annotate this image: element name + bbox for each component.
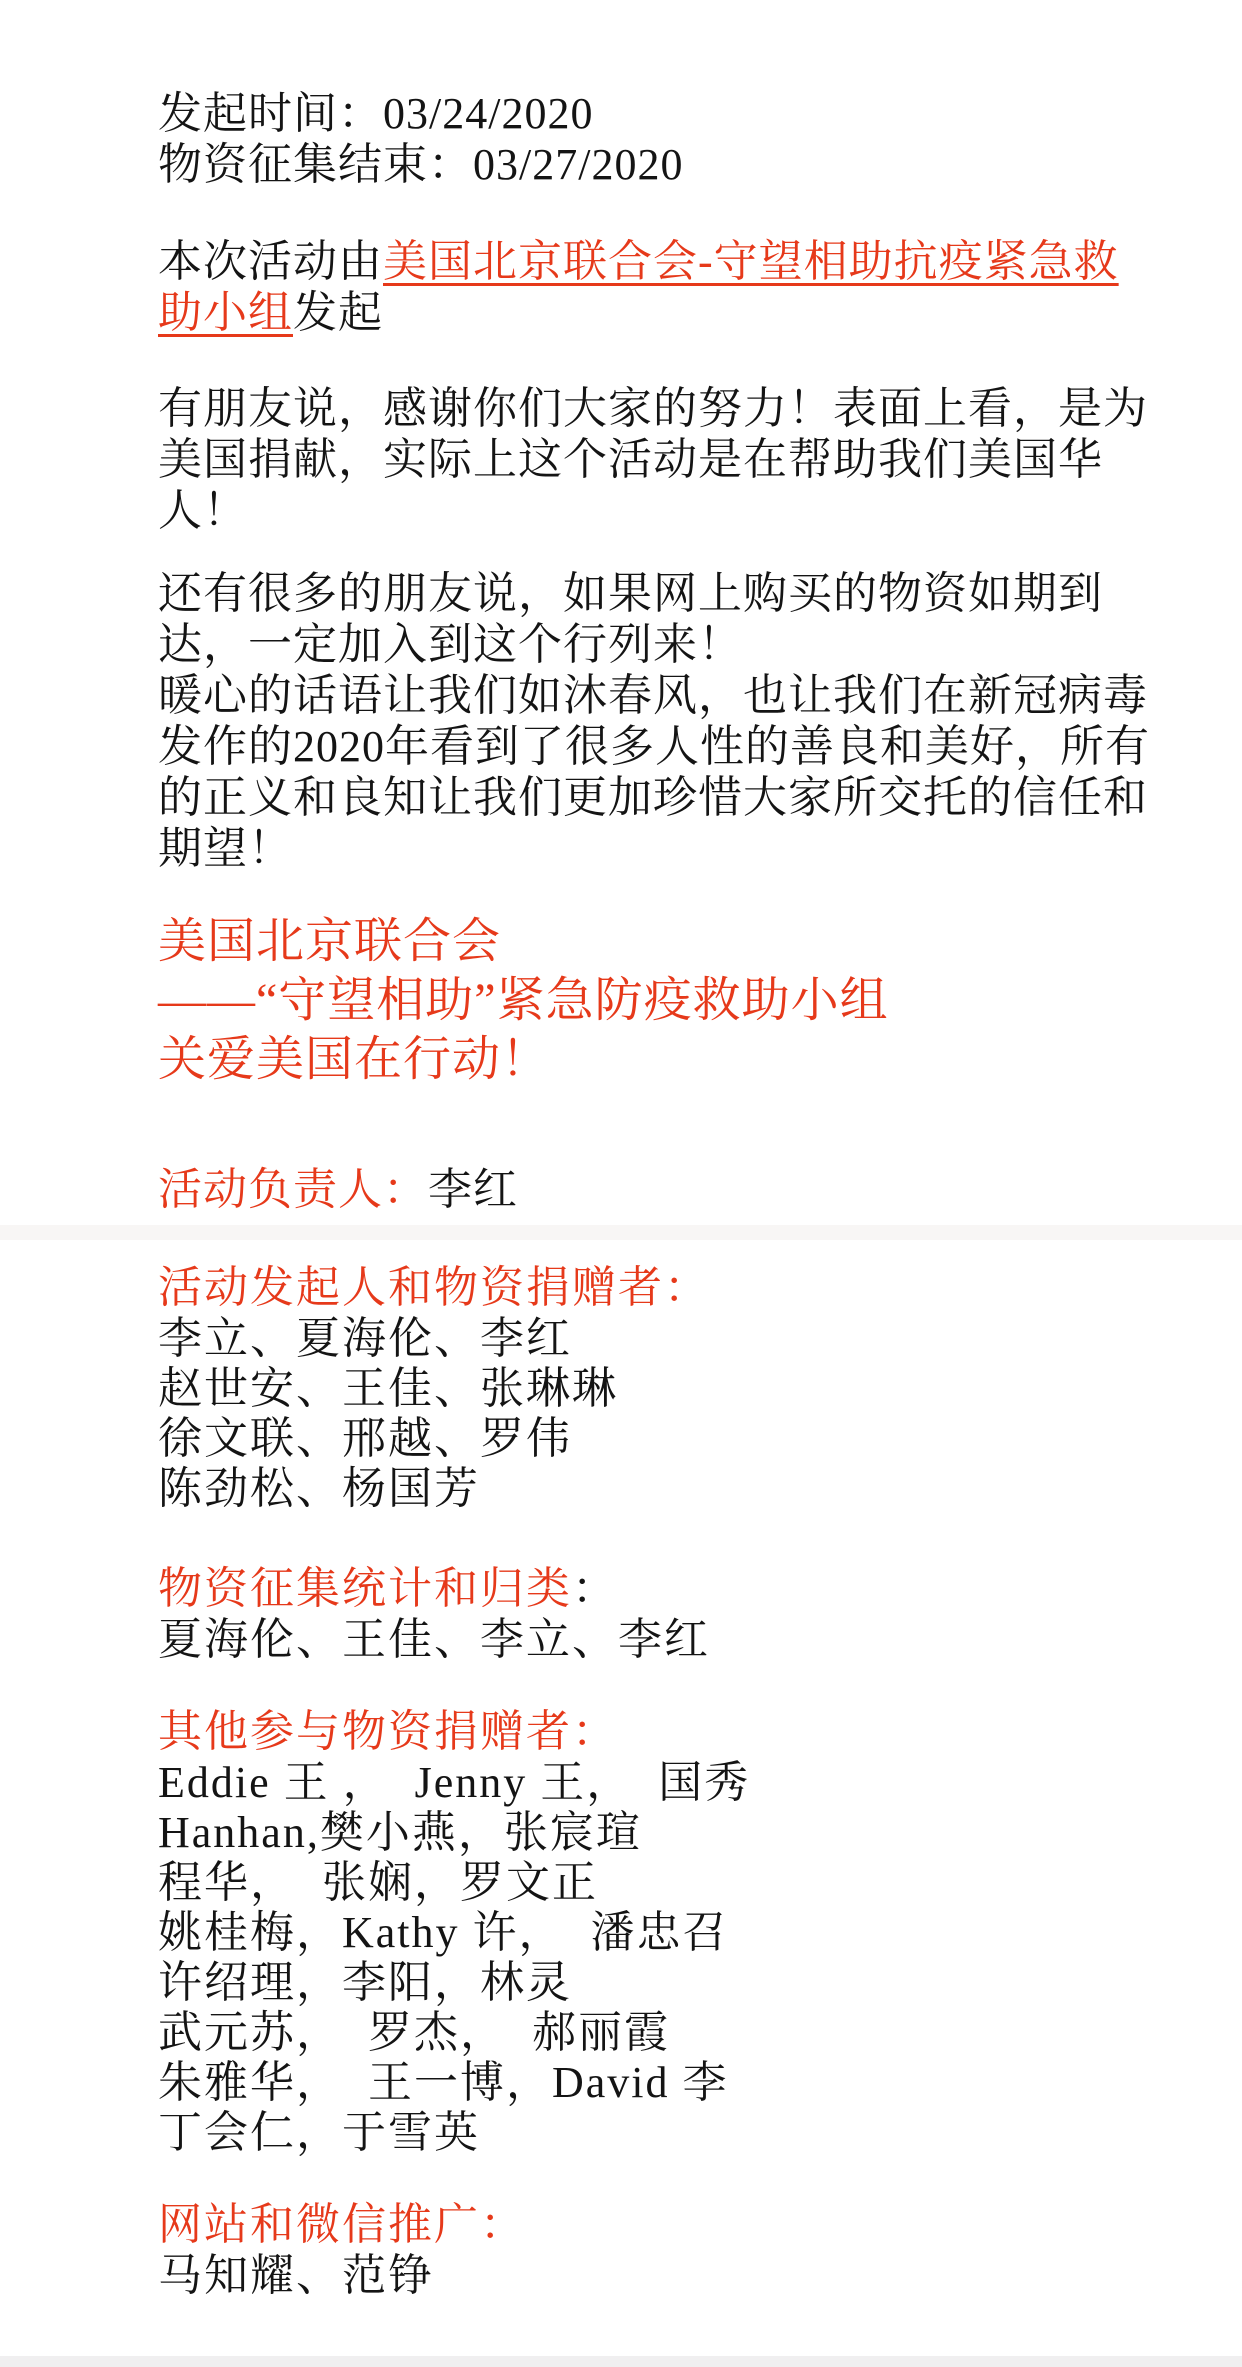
initiators-heading: 活动发起人和物资捐赠者： (158, 1261, 1192, 1314)
statistics-heading-text: 物资征集统计和归类 (158, 1564, 572, 1613)
collection-end-date: 物资征集结束：03/27/2020 (158, 139, 1192, 190)
organizer-group-link-continued[interactable]: 助小组 (158, 288, 293, 337)
banner-group-name: ——“守望相助”紧急防疫救助小组 (158, 971, 1192, 1030)
organizer-block: 本次活动由美国北京联合会-守望相助抗疫紧急救 助小组发起 (158, 236, 1192, 338)
friends-line-2: 达，一定加入到这个行列来！ (158, 619, 1192, 670)
other-donors-names-2: Hanhan,樊小燕，张宸瑄 (158, 1808, 1192, 1858)
other-donors-names-6: 武元苏， 罗杰， 郝丽霞 (158, 2008, 1192, 2058)
thanks-line-1: 有朋友说，感谢你们大家的努力！表面上看，是为 (158, 383, 1192, 434)
friends-line-6: 期望！ (158, 823, 1192, 874)
other-donors-heading: 其他参与物资捐赠者： (158, 1705, 1192, 1758)
friends-line-3: 暖心的话语让我们如沐春风，也让我们在新冠病毒 (158, 670, 1192, 721)
screenshot-stitch-seam (0, 1225, 1242, 1240)
bottom-edge-strip (0, 2356, 1242, 2367)
promotion-names-1: 马知耀、范铮 (158, 2251, 1192, 2301)
statistics-section: 物资征集统计和归类： 夏海伦、王佳、李立、李红 (158, 1562, 1192, 1665)
association-banner: 美国北京联合会 ——“守望相助”紧急防疫救助小组 关爱美国在行动！ (158, 912, 1192, 1089)
banner-slogan: 关爱美国在行动！ (158, 1030, 1192, 1089)
other-donors-names-3: 程华， 张娴，罗文正 (158, 1858, 1192, 1908)
leader-name: 李红 (428, 1165, 518, 1214)
statistics-names-1: 夏海伦、王佳、李立、李红 (158, 1615, 1192, 1665)
friends-line-1: 还有很多的朋友说，如果网上购买的物资如期到 (158, 568, 1192, 619)
other-donors-names-5: 许绍理，李阳，林灵 (158, 1958, 1192, 2008)
initiators-names-4: 陈劲松、杨国芳 (158, 1464, 1192, 1514)
leader-label: 活动负责人： (158, 1165, 428, 1214)
friends-line-4: 发作的2020年看到了很多人性的善良和美好，所有 (158, 721, 1192, 772)
other-donors-names-7: 朱雅华， 王一博，David 李 (158, 2058, 1192, 2108)
leader-block: 活动负责人：李红 (158, 1164, 1192, 1215)
event-start-date: 发起时间：03/24/2020 (158, 88, 1192, 139)
other-donors-section: 其他参与物资捐赠者： Eddie 王 ， Jenny 王， 国秀 Hanhan,… (158, 1705, 1192, 2158)
initiators-names-3: 徐文联、邢越、罗伟 (158, 1414, 1192, 1464)
document-page: 发起时间：03/24/2020 物资征集结束：03/27/2020 本次活动由美… (0, 0, 1242, 2367)
organizer-group-link[interactable]: 美国北京联合会-守望相助抗疫紧急救 (383, 237, 1119, 286)
friends-paragraph: 还有很多的朋友说，如果网上购买的物资如期到 达，一定加入到这个行列来！ 暖心的话… (158, 568, 1192, 874)
statistics-heading-colon: ： (572, 1564, 618, 1613)
organizer-line-1: 本次活动由美国北京联合会-守望相助抗疫紧急救 (158, 236, 1192, 287)
organizer-prefix: 本次活动由 (158, 237, 383, 286)
promotion-heading: 网站和微信推广： (158, 2198, 1192, 2251)
friends-line-5: 的正义和良知让我们更加珍惜大家所交托的信任和 (158, 772, 1192, 823)
leader-line: 活动负责人：李红 (158, 1164, 1192, 1215)
other-donors-names-8: 丁会仁，于雪英 (158, 2108, 1192, 2158)
organizer-suffix: 发起 (293, 288, 383, 337)
initiators-section: 活动发起人和物资捐赠者： 李立、夏海伦、李红 赵世安、王佳、张琳琳 徐文联、邢越… (158, 1261, 1192, 1514)
thanks-line-2: 美国捐献，实际上这个活动是在帮助我们美国华 (158, 434, 1192, 485)
other-donors-names-1: Eddie 王 ， Jenny 王， 国秀 (158, 1758, 1192, 1808)
initiators-names-1: 李立、夏海伦、李红 (158, 1314, 1192, 1364)
other-donors-names-4: 姚桂梅，Kathy 许， 潘忠召 (158, 1908, 1192, 1958)
statistics-heading: 物资征集统计和归类： (158, 1562, 1192, 1615)
thanks-paragraph: 有朋友说，感谢你们大家的努力！表面上看，是为 美国捐献，实际上这个活动是在帮助我… (158, 383, 1192, 536)
organizer-line-2: 助小组发起 (158, 287, 1192, 338)
dates-block: 发起时间：03/24/2020 物资征集结束：03/27/2020 (158, 88, 1192, 190)
promotion-section: 网站和微信推广： 马知耀、范铮 (158, 2198, 1192, 2301)
banner-association-name: 美国北京联合会 (158, 912, 1192, 971)
initiators-names-2: 赵世安、王佳、张琳琳 (158, 1364, 1192, 1414)
thanks-line-3: 人！ (158, 485, 1192, 536)
